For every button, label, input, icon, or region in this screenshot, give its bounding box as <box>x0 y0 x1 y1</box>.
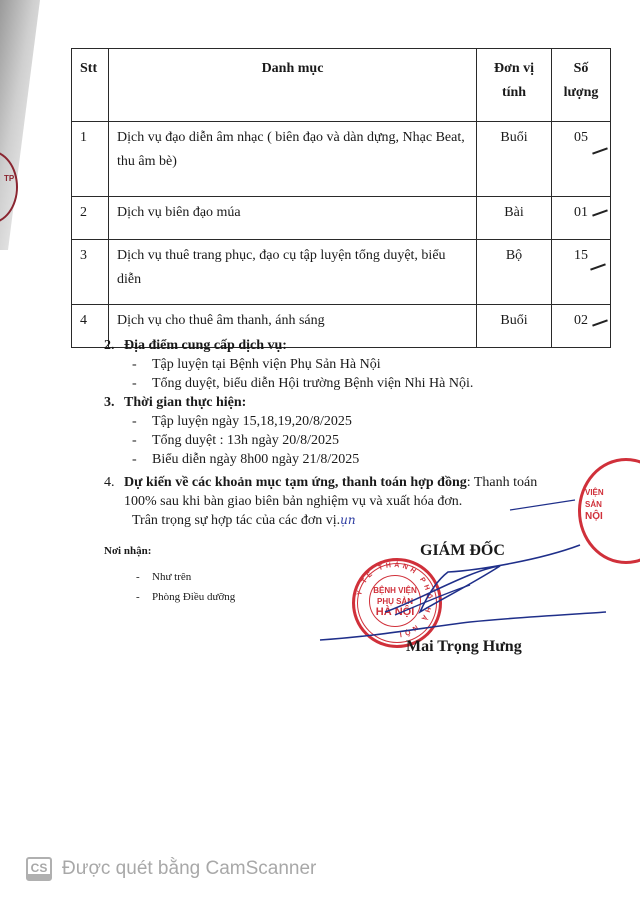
list-item: -Tập luyện tại Bệnh viện Phụ Sản Hà Nội <box>104 355 574 374</box>
list-item-text: Biểu diễn ngày 8h00 ngày 21/8/2025 <box>152 452 359 467</box>
header-qty: Sốlượng <box>552 49 611 122</box>
section-4: 4.Dự kiến về các khoản mục tạm ứng, than… <box>104 473 574 492</box>
list-item: -Tập luyện ngày 15,18,19,20/8/2025 <box>104 412 574 431</box>
partial-stamp-text: VIỆN SẢN NỘI <box>585 487 604 523</box>
official-stamp: BỆNH VIỆN PHỤ SẢN HÀ NỘI Y TẾ THÀNH PHỐ … <box>352 558 442 648</box>
recipient-item: -Như trên <box>104 567 235 587</box>
partial-stamp-line: NỘI <box>585 511 604 523</box>
list-item: -Tổng duyệt, biểu diễn Hội trường Bệnh v… <box>104 374 574 393</box>
list-item: -Biểu diễn ngày 8h00 ngày 21/8/2025 <box>104 450 574 469</box>
list-item-text: Tổng duyệt : 13h ngày 20/8/2025 <box>152 433 339 448</box>
header-stt: Stt <box>72 49 109 122</box>
cell-stt: 3 <box>72 240 109 305</box>
header-qty-line1: Số <box>574 61 589 76</box>
section-number: 3. <box>104 393 124 412</box>
cell-qty: 05 <box>552 122 611 197</box>
cell-name: Dịch vụ đạo diễn âm nhạc ( biên đạo và d… <box>109 122 477 197</box>
handwritten-initial: ụn <box>340 513 355 527</box>
camscanner-watermark: CS Được quét bằng CamScanner <box>26 857 316 881</box>
svg-text:Y TẾ THÀNH PHỐ HÀ NỘI: Y TẾ THÀNH PHỐ HÀ NỘI <box>356 560 435 639</box>
table-row: 1 Dịch vụ đạo diễn âm nhạc ( biên đạo và… <box>72 122 611 197</box>
header-name: Danh mục <box>109 49 477 122</box>
recipients-block: Nơi nhận: -Như trên -Phòng Điều dưỡng <box>104 541 235 607</box>
recipient-item: -Phòng Điều dưỡng <box>104 587 235 607</box>
section-4-text: : Thanh toán <box>467 475 538 490</box>
watermark-text: Được quét bằng CamScanner <box>62 858 316 880</box>
cell-qty: 15 <box>552 240 611 305</box>
recipient-text: Phòng Điều dưỡng <box>152 591 235 603</box>
signer-name: Mai Trọng Hưng <box>406 638 522 656</box>
section-number: 4. <box>104 473 124 492</box>
section-3-title: 3.Thời gian thực hiện: <box>104 393 574 412</box>
cell-stt: 4 <box>72 305 109 348</box>
stamp-ring-text: Y TẾ THÀNH PHỐ HÀ NỘI <box>352 558 436 642</box>
document-sections: 2.Địa điểm cung cấp dịch vụ: -Tập luyện … <box>104 336 574 530</box>
header-unit-line2: tính <box>502 85 526 100</box>
partial-stamp-line: SẢN <box>585 499 604 511</box>
table-header-row: Stt Danh mục Đơn vịtính Sốlượng <box>72 49 611 122</box>
cell-stt: 2 <box>72 197 109 240</box>
cell-unit: Bài <box>477 197 552 240</box>
partial-stamp-line: VIỆN <box>585 487 604 499</box>
cell-stt: 1 <box>72 122 109 197</box>
list-item-text: Tổng duyệt, biểu diễn Hội trường Bệnh vi… <box>152 376 473 391</box>
table-row: 3 Dịch vụ thuê trang phục, đạo cụ tập lu… <box>72 240 611 305</box>
section-title-text: Thời gian thực hiện: <box>124 395 246 410</box>
closing-text: Trân trọng sự hợp tác của các đơn vị. <box>132 513 340 528</box>
list-item-text: Tập luyện ngày 15,18,19,20/8/2025 <box>152 414 352 429</box>
cell-qty: 01 <box>552 197 611 240</box>
section-2-title: 2.Địa điểm cung cấp dịch vụ: <box>104 336 574 355</box>
section-title-text: Địa điểm cung cấp dịch vụ: <box>124 338 287 353</box>
list-item-text: Tập luyện tại Bệnh viện Phụ Sản Hà Nội <box>152 357 381 372</box>
section-4-line2: 100% sau khi bàn giao biên bản nghiệm vụ… <box>104 492 574 511</box>
header-unit-line1: Đơn vị <box>494 61 534 76</box>
cell-unit: Buổi <box>477 122 552 197</box>
list-item: -Tổng duyệt : 13h ngày 20/8/2025 <box>104 431 574 450</box>
cell-name: Dịch vụ biên đạo múa <box>109 197 477 240</box>
camscanner-logo-icon: CS <box>26 857 52 881</box>
recipient-text: Như trên <box>152 571 191 583</box>
section-4-title: Dự kiến về các khoản mục tạm ứng, thanh … <box>124 475 467 490</box>
recipients-title: Nơi nhận: <box>104 541 235 561</box>
partial-stamp-right: VIỆN SẢN NỘI <box>578 458 640 564</box>
header-unit: Đơn vịtính <box>477 49 552 122</box>
services-table: Stt Danh mục Đơn vịtính Sốlượng 1 Dịch v… <box>71 48 611 348</box>
header-qty-line2: lượng <box>564 85 599 100</box>
table-row: 2 Dịch vụ biên đạo múa Bài 01 <box>72 197 611 240</box>
section-number: 2. <box>104 336 124 355</box>
closing-line: Trân trọng sự hợp tác của các đơn vị.ụn <box>104 511 574 530</box>
cell-unit: Bộ <box>477 240 552 305</box>
cell-name: Dịch vụ thuê trang phục, đạo cụ tập luyệ… <box>109 240 477 305</box>
